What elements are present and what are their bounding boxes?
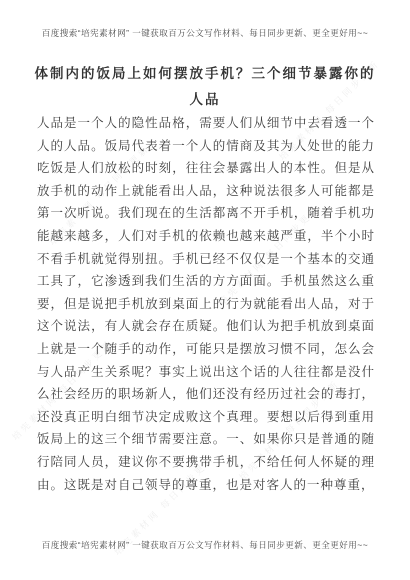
article-body-text: 人品是一个人的隐性品格，需要人们从细节中去看透一个人的人品。饭局代表着一个人的情…: [37, 112, 375, 496]
header-promo-notice: 百度搜索“培宪素材网” 一键获取百万公文写作材料、每日同步更新、更全更好用~~: [0, 27, 410, 39]
document-page: 培宪素材网 每日同步更新 培宪素材网 每日同步更新 培宪素材网 每日同步更新 培…: [0, 0, 410, 580]
article-title: 体制内的饭局上如何摆放手机？三个细节暴露你的人品: [27, 61, 383, 113]
footer-promo-notice: 百度搜索“培宪素材网” 一键获取百万公文写作材料、每日同步更新、更全更好用~~: [0, 539, 410, 551]
